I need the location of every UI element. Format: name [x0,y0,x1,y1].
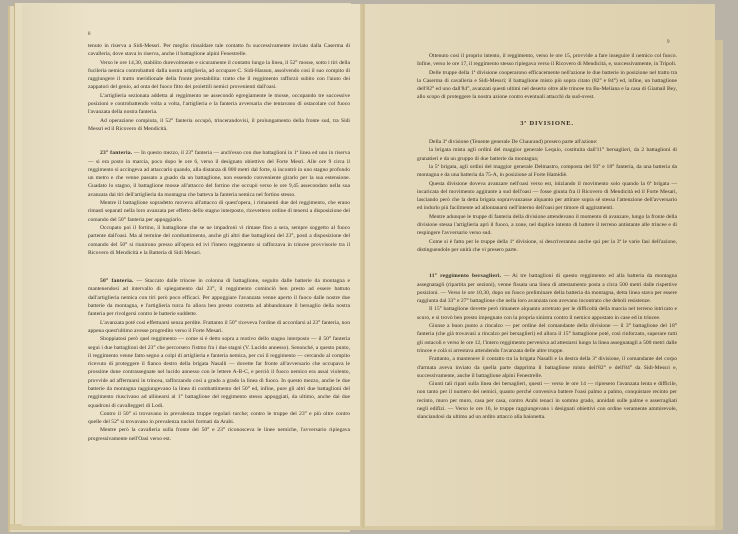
section-title: 23° fanteria. [100,150,132,156]
paragraph: Della 3ª divisione (Tenente generale De … [417,138,677,146]
paragraph: Giunse a buon punto a rincalzo — per ord… [417,322,677,355]
paragraph: Occupato poi il fortino, il battaglione … [88,224,350,257]
section-50-fanteria: 50° fanteria. — Staccato dalle trincee i… [88,277,350,443]
paragraph: Verso le ore 14,30, stabilito durevolmen… [88,59,350,92]
left-page-text: tenuto in riserva a Sidi-Messri. Per meg… [88,42,350,443]
paragraph: Ad operazione compiuta, il 52° fanteria … [88,117,350,134]
page-number: 8 [88,32,91,37]
paragraph: tenuto in riserva a Sidi-Messri. Per meg… [88,42,350,59]
paragraph: L'artiglieria sezionata addetta al reggi… [88,92,350,117]
section-11-bersaglieri: 11° reggimento bersaglieri. — Ai tre bat… [417,272,677,421]
division-heading: 3ª DIVISIONE. [417,120,677,128]
paragraph: L'avanzata poté così effettuarsi senza p… [88,319,350,336]
paragraph: Delle truppe della 1ª divisione cooperar… [417,69,677,102]
paragraph: la 5ª brigata, agli ordini del maggior g… [417,163,677,180]
paragraph: Ottenuto così il proprio intento, il reg… [417,52,677,69]
paragraph: Sboppiatosi però quel reggimento — come … [88,335,350,410]
paragraph: Mentre adunque le truppe di fanteria del… [417,213,677,238]
paragraph: Frattanto, a mantenere il contatto tra l… [417,355,677,380]
paragraph: Giunti tali ripari sulla linea dei bersa… [417,380,677,421]
section-title: 11° reggimento bersaglieri. [429,273,501,279]
paragraph: Questa divisione doveva avanzare nell'oa… [417,180,677,213]
left-page: 8 tenuto in riserva a Sidi-Messri. Per m… [22,4,362,526]
paragraph: Mentre però la cavalleria sulla fronte d… [88,426,350,443]
paragraph: Mentre il battaglione sopradetto moveva … [88,199,350,224]
section-title: 50° fanteria. [100,278,134,284]
paragraph: — In questo mezzo, il 23° fanteria — anc… [88,150,350,197]
right-page-text: Ottenuto così il proprio intento, il reg… [417,52,677,422]
page-number: 9 [667,40,670,45]
page-right-edge [715,40,723,530]
right-page: 9 Ottenuto così il proprio intento, il r… [365,4,715,526]
paragraph: Come si è fatto per le truppe della 1ª d… [417,238,677,255]
paragraph: Il 15° battaglione dovette però rimanere… [417,305,677,322]
section-23-fanteria: 23° fanteria. — In questo mezzo, il 23° … [88,149,350,257]
paragraph: Contro il 50° si trovavano in prevalenza… [88,410,350,427]
paragraph: la brigata mista agli ordini del maggior… [417,146,677,163]
